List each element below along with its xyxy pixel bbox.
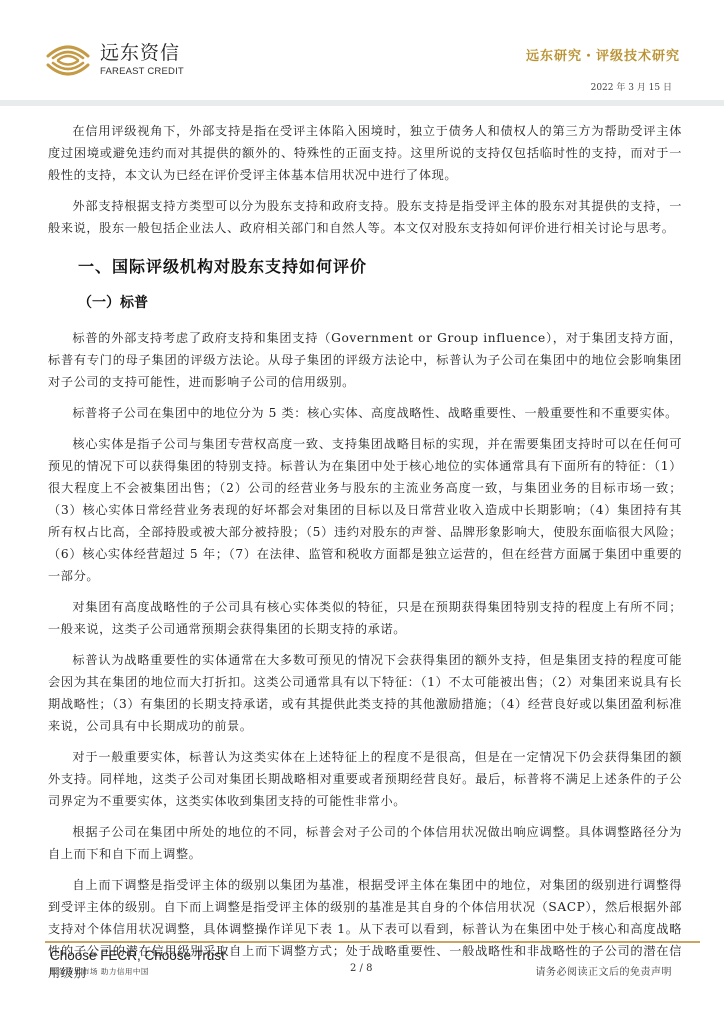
body-paragraph: 根据子公司在集团中所处的地位的不同，标普会对子公司的个体信用状况做出响应调整。具… [48,821,682,865]
document-body: 在信用评级视角下，外部支持是指在受评主体陷入困境时，独立于债务人和债权人的第三方… [48,120,682,993]
body-paragraph: 核心实体是指子公司与集团专营权高度一致、支持集团战略目标的实现，并在需要集团支持… [48,433,682,587]
header-divider [0,100,724,106]
page-number: 2 / 8 [350,963,372,974]
footer-sub-slogan: 服务资本市场 助力信用中国 [50,966,149,977]
report-series-title: 远东研究・评级技术研究 [526,45,680,64]
disclaimer-notice: 请务必阅读正文后的免责声明 [536,963,673,978]
footer-slogan: Choose FECR, Choose Trust [50,948,225,963]
body-paragraph: 标普将子公司在集团中的地位分为 5 类：核心实体、高度战略性、战略重要性、一般重… [48,402,682,424]
page-header: 远东资信 FAREAST CREDIT 远东研究・评级技术研究 2022 年 3… [0,0,724,100]
subsection-heading: （一）标普 [78,291,682,315]
logo-english-name: FAREAST CREDIT [100,67,184,77]
section-heading: 一、国际评级机构对股东支持如何评价 [78,253,682,281]
body-paragraph: 标普的外部支持考虑了政府支持和集团支持（Government or Group … [48,327,682,393]
footer-divider [45,941,700,943]
company-logo: 远东资信 FAREAST CREDIT [44,40,184,80]
body-paragraph: 标普认为战略重要性的实体通常在大多数可预见的情况下会获得集团的额外支持，但是集团… [48,649,682,737]
body-paragraph: 对集团有高度战略性的子公司具有核心实体类似的特征，只是在预期获得集团特别支持的程… [48,596,682,640]
body-paragraph: 对于一般重要实体，标普认为这类实体在上述特征上的程度不是很高，但是在一定情况下仍… [48,746,682,812]
report-date: 2022 年 3 月 15 日 [591,80,672,93]
intro-paragraph: 外部支持根据支持方类型可以分为股东支持和政府支持。股东支持是指受评主体的股东对其… [48,195,682,239]
fareast-logo-icon [44,40,92,80]
intro-paragraph: 在信用评级视角下，外部支持是指在受评主体陷入困境时，独立于债务人和债权人的第三方… [48,120,682,186]
logo-chinese-name: 远东资信 [100,44,184,63]
